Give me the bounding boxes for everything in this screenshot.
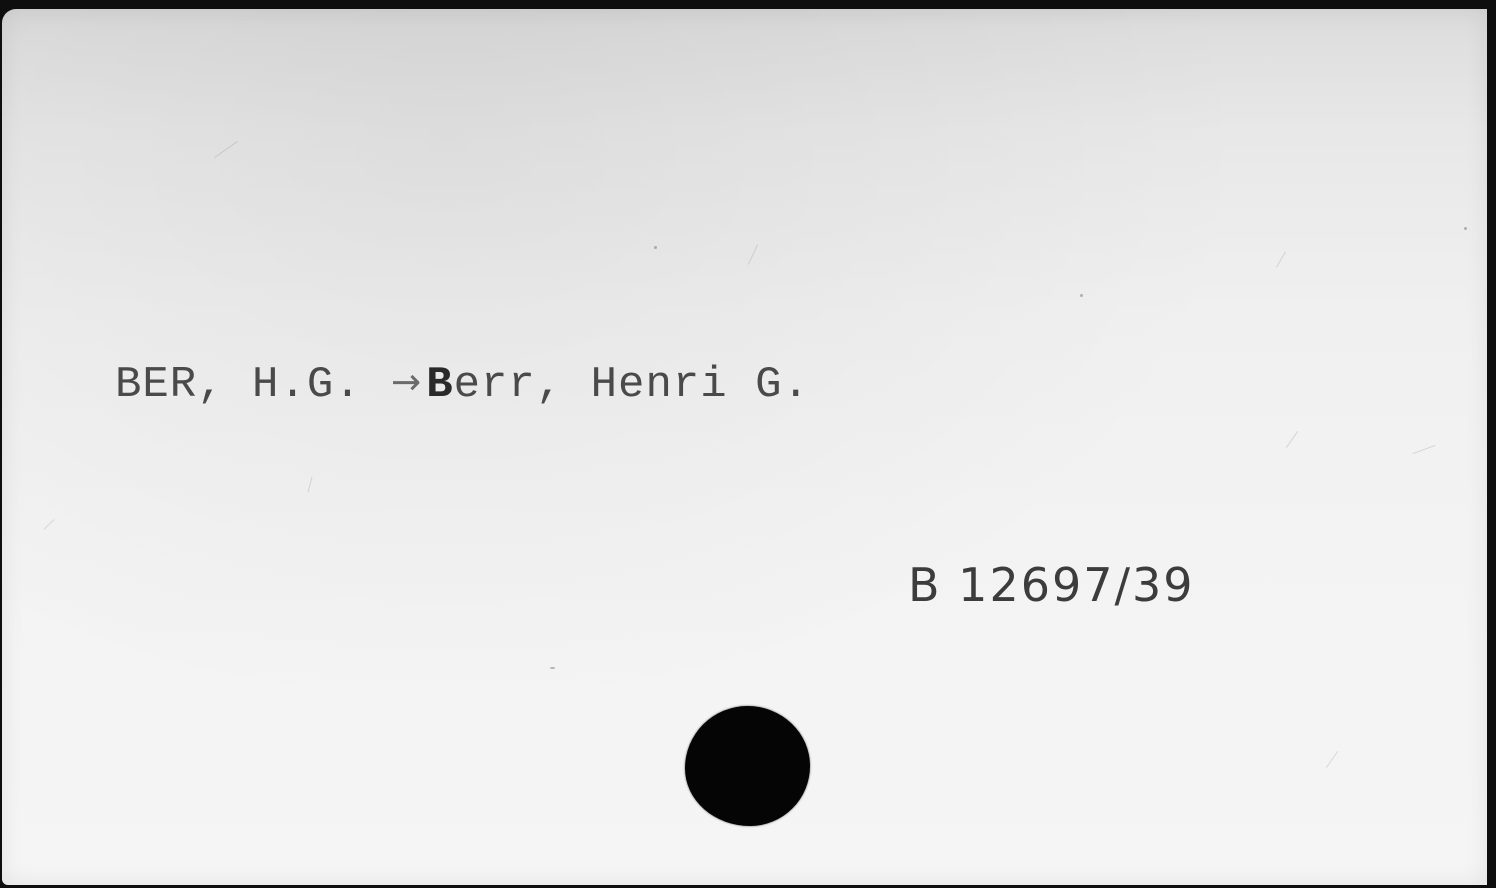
paper-fibre: [307, 477, 312, 493]
paper-fibre: [214, 141, 238, 158]
cross-reference-to: err, Henri G.: [454, 360, 810, 410]
paper-fibre: [1326, 751, 1338, 768]
call-number: B 12697/39: [908, 555, 1195, 615]
paper-speck: [550, 667, 555, 669]
paper-fibre: [1413, 445, 1436, 454]
cross-reference-to-initial: B: [426, 360, 453, 410]
right-arrow-icon: →: [391, 353, 422, 413]
index-card: BER, H.G. →Berr, Henri G. B 12697/39: [2, 9, 1487, 885]
punched-hole-icon: [685, 706, 810, 826]
paper-fibre: [44, 519, 55, 530]
paper-fibre: [1276, 251, 1286, 267]
paper-speck: [1464, 227, 1467, 230]
paper-fibre: [1286, 431, 1298, 448]
cross-reference-from: BER, H.G.: [115, 360, 362, 410]
scanned-card-image: BER, H.G. →Berr, Henri G. B 12697/39: [0, 0, 1496, 888]
paper-speck: [654, 246, 657, 249]
paper-fibre: [748, 244, 758, 264]
cross-reference-heading: BER, H.G. →Berr, Henri G.: [115, 355, 810, 415]
paper-speck: [1080, 294, 1083, 297]
